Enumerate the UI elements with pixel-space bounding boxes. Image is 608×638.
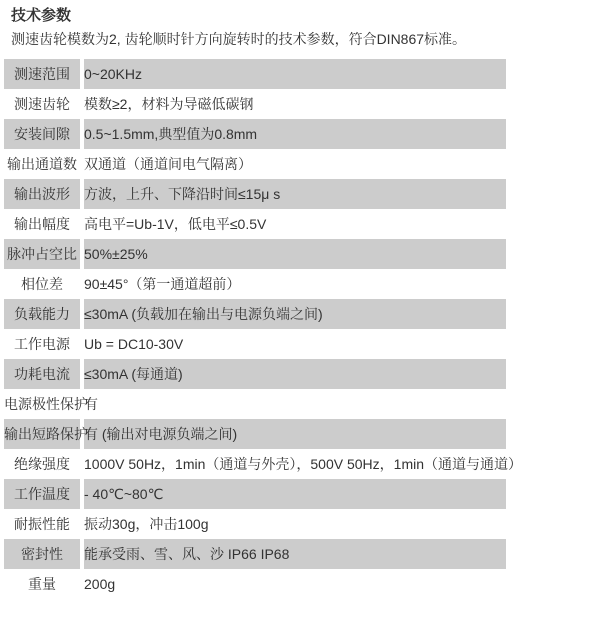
spec-label: 重量	[4, 569, 80, 599]
table-row: 输出幅度 高电平=Ub-1V，低电平≤0.5V	[4, 209, 506, 239]
table-row: 工作电源 Ub = DC10-30V	[4, 329, 506, 359]
table-row: 功耗电流 ≤30mA (每通道)	[4, 359, 506, 389]
spec-value: 方波，上升、下降沿时间≤15μ s	[84, 179, 506, 209]
spec-page: 技术参数 测速齿轮模数为2, 齿轮顺时针方向旋转时的技术参数，符合DIN867标…	[0, 0, 608, 599]
spec-table: 测速范围 0~20KHz 测速齿轮 模数≥2，材料为导磁低碳钢 安装间隙 0.5…	[0, 59, 510, 599]
spec-value: 90±45°（第一通道超前）	[84, 269, 506, 299]
table-row: 负载能力 ≤30mA (负载加在输出与电源负端之间)	[4, 299, 506, 329]
table-row: 输出短路保护 有 (输出对电源负端之间)	[4, 419, 506, 449]
table-row: 测速范围 0~20KHz	[4, 59, 506, 89]
spec-label: 工作温度	[4, 479, 80, 509]
table-row: 密封性 能承受雨、雪、风、沙 IP66 IP68	[4, 539, 506, 569]
spec-value: ≤30mA (负载加在输出与电源负端之间)	[84, 299, 506, 329]
table-row: 绝缘强度 1000V 50Hz，1min（通道与外壳），500V 50Hz，1m…	[4, 449, 506, 479]
spec-value: 双通道（通道间电气隔离）	[84, 149, 506, 179]
spec-label: 绝缘强度	[4, 449, 80, 479]
spec-value: 有 (输出对电源负端之间)	[84, 419, 506, 449]
page-subtitle: 测速齿轮模数为2, 齿轮顺时针方向旋转时的技术参数，符合DIN867标准。	[11, 30, 608, 49]
spec-label: 安装间隙	[4, 119, 80, 149]
spec-label: 测速范围	[4, 59, 80, 89]
spec-label: 测速齿轮	[4, 89, 80, 119]
spec-value: Ub = DC10-30V	[84, 329, 506, 359]
table-row: 输出通道数 双通道（通道间电气隔离）	[4, 149, 506, 179]
spec-label: 工作电源	[4, 329, 80, 359]
table-row: 重量 200g	[4, 569, 506, 599]
table-row: 相位差 90±45°（第一通道超前）	[4, 269, 506, 299]
spec-value: 0.5~1.5mm,典型值为0.8mm	[84, 119, 506, 149]
spec-label: 输出通道数	[4, 149, 80, 179]
spec-value: 模数≥2，材料为导磁低碳钢	[84, 89, 506, 119]
table-row: 测速齿轮 模数≥2，材料为导磁低碳钢	[4, 89, 506, 119]
spec-value: ≤30mA (每通道)	[84, 359, 506, 389]
spec-value: - 40℃~80℃	[84, 479, 506, 509]
spec-label: 密封性	[4, 539, 80, 569]
spec-label: 相位差	[4, 269, 80, 299]
spec-label: 功耗电流	[4, 359, 80, 389]
spec-label: 电源极性保护	[4, 389, 80, 419]
spec-value: 高电平=Ub-1V，低电平≤0.5V	[84, 209, 506, 239]
table-row: 工作温度 - 40℃~80℃	[4, 479, 506, 509]
spec-label: 输出波形	[4, 179, 80, 209]
spec-label: 输出短路保护	[4, 419, 80, 449]
spec-value: 1000V 50Hz，1min（通道与外壳），500V 50Hz，1min（通道…	[84, 449, 506, 479]
spec-label: 负载能力	[4, 299, 80, 329]
spec-value: 有	[84, 389, 506, 419]
spec-value: 能承受雨、雪、风、沙 IP66 IP68	[84, 539, 506, 569]
table-row: 脉冲占空比 50%±25%	[4, 239, 506, 269]
table-row: 输出波形 方波，上升、下降沿时间≤15μ s	[4, 179, 506, 209]
spec-label: 输出幅度	[4, 209, 80, 239]
table-row: 电源极性保护 有	[4, 389, 506, 419]
spec-label: 脉冲占空比	[4, 239, 80, 269]
spec-value: 200g	[84, 569, 506, 599]
spec-value: 振动30g，冲击100g	[84, 509, 506, 539]
table-row: 耐振性能 振动30g，冲击100g	[4, 509, 506, 539]
spec-value: 0~20KHz	[84, 59, 506, 89]
spec-label: 耐振性能	[4, 509, 80, 539]
page-title: 技术参数	[11, 8, 608, 23]
spec-value: 50%±25%	[84, 239, 506, 269]
table-row: 安装间隙 0.5~1.5mm,典型值为0.8mm	[4, 119, 506, 149]
